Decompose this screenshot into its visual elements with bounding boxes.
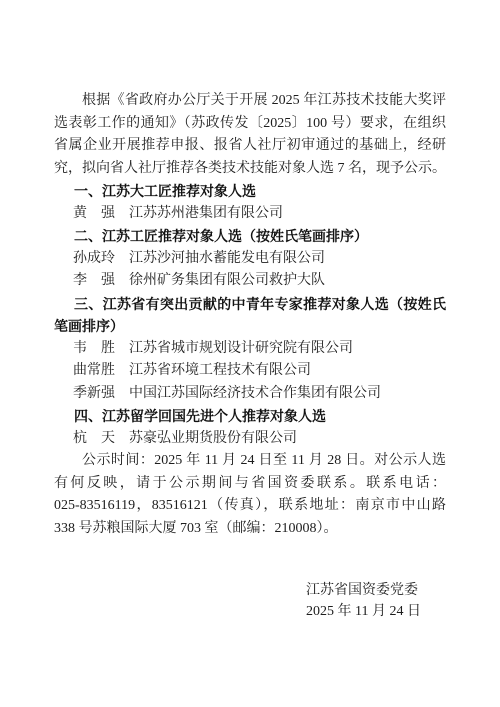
company-name: 徐州矿务集团有限公司救护大队 <box>129 273 325 288</box>
person-name: 韦 胜 <box>73 341 115 356</box>
entry-row: 曲常胜江苏省环境工程技术有限公司 <box>54 360 446 383</box>
company-name: 江苏省城市规划设计研究院有限公司 <box>129 341 353 356</box>
signature-date: 2025 年 11 月 24 日 <box>306 601 446 622</box>
section-4-heading: 四、江苏留学回国先进个人推荐对象人选 <box>54 405 446 428</box>
person-name: 李 强 <box>73 273 115 288</box>
signature-block: 江苏省国资委党委 2025 年 11 月 24 日 <box>54 580 446 622</box>
document-body: 根据《省政府办公厅关于开展 2025 年江苏技术技能大奖评选表彰工作的通知》（苏… <box>54 90 446 622</box>
company-name: 中国江苏国际经济技术合作集团有限公司 <box>129 386 381 401</box>
closing-text-before-phone: 公示时间：2025 年 11 月 24 日至 11 月 28 日。对公示人选有何… <box>54 453 446 491</box>
intro-paragraph: 根据《省政府办公厅关于开展 2025 年江苏技术技能大奖评选表彰工作的通知》（苏… <box>54 90 446 180</box>
company-name: 苏豪弘业期货股份有限公司 <box>129 431 297 446</box>
company-name: 江苏沙河抽水蓄能发电有限公司 <box>129 251 325 266</box>
signature-org: 江苏省国资委党委 <box>306 580 446 601</box>
section-1-heading: 一、江苏大工匠推荐对象人选 <box>54 180 446 203</box>
section-3-heading: 三、江苏省有突出贡献的中青年专家推荐对象人选（按姓氏笔画排序） <box>54 293 446 338</box>
section-2-heading: 二、江苏工匠推荐对象人选（按姓氏笔画排序） <box>54 225 446 248</box>
document-page: 根据《省政府办公厅关于开展 2025 年江苏技术技能大奖评选表彰工作的通知》（苏… <box>0 0 500 707</box>
company-name: 江苏省环境工程技术有限公司 <box>129 363 311 378</box>
contact-phone-numbers: 025-83516119，83516121 <box>54 498 208 513</box>
person-name: 杭 天 <box>73 431 115 446</box>
entry-row: 季新强中国江苏国际经济技术合作集团有限公司 <box>54 383 446 406</box>
person-name: 黄 强 <box>73 206 115 221</box>
entry-row: 杭 天苏豪弘业期货股份有限公司 <box>54 428 446 451</box>
entry-row: 韦 胜江苏省城市规划设计研究院有限公司 <box>54 338 446 361</box>
entry-row: 李 强徐州矿务集团有限公司救护大队 <box>54 270 446 293</box>
company-name: 江苏苏州港集团有限公司 <box>129 206 283 221</box>
closing-paragraph: 公示时间：2025 年 11 月 24 日至 11 月 28 日。对公示人选有何… <box>54 450 446 540</box>
entry-row: 黄 强江苏苏州港集团有限公司 <box>54 203 446 226</box>
entry-row: 孙成玲江苏沙河抽水蓄能发电有限公司 <box>54 248 446 271</box>
person-name: 季新强 <box>73 386 115 401</box>
person-name: 孙成玲 <box>73 251 115 266</box>
person-name: 曲常胜 <box>73 363 115 378</box>
